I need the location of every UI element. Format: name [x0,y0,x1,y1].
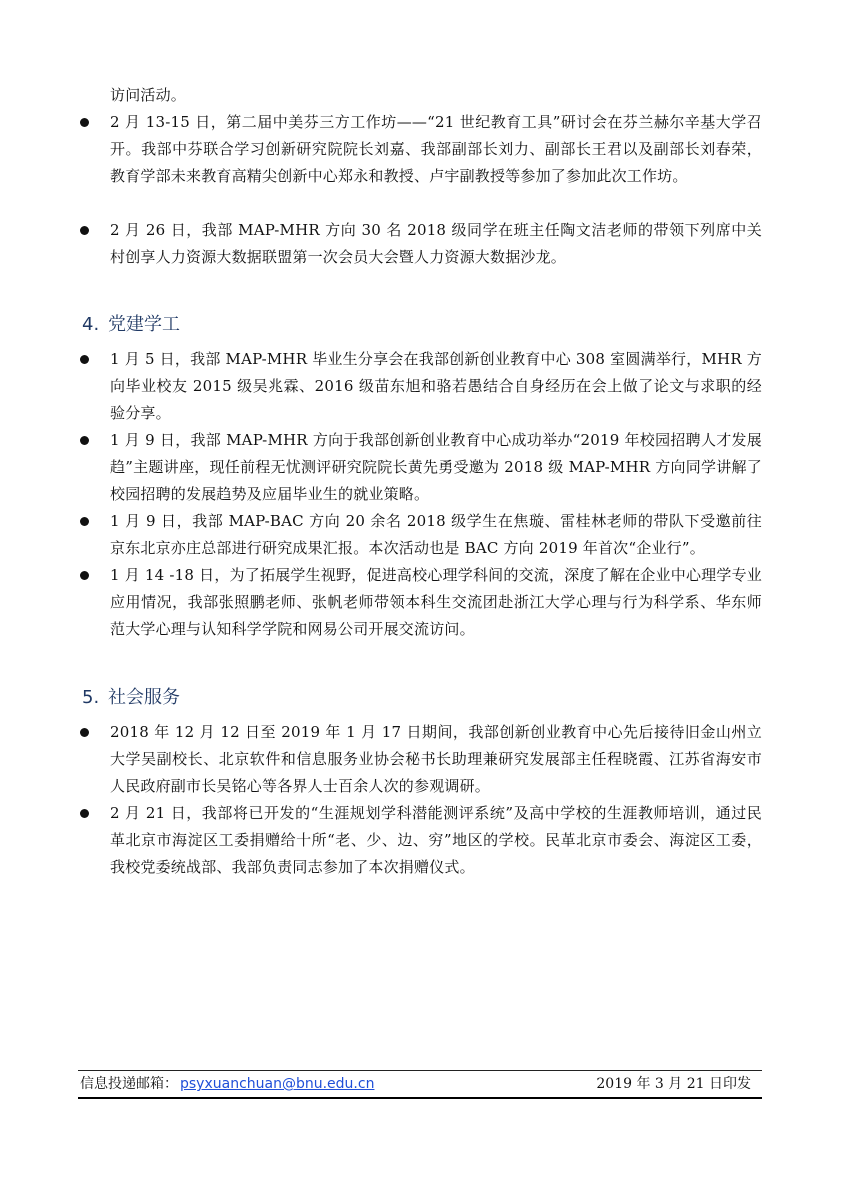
section-number: 4. [82,313,108,337]
bullet-icon [80,436,89,445]
list-item: 1 月 9 日，我部 MAP-BAC 方向 20 余名 2018 级学生在焦璇、… [80,508,762,562]
list-item: 2 月 21 日，我部将已开发的“生涯规划学科潜能测评系统”及高中学校的生涯教师… [80,800,762,881]
list-item: 1 月 14 -18 日，为了拓展学生视野，促进高校心理学科间的交流，深度了解在… [80,562,762,643]
list-item-text: 2 月 21 日，我部将已开发的“生涯规划学科潜能测评系统”及高中学校的生涯教师… [110,800,762,881]
list-item: 1 月 5 日，我部 MAP-MHR 毕业生分享会在我部创新创业教育中心 308… [80,346,762,427]
document-page: 访问活动。 2 月 13-15 日，第二届中美芬三方工作坊——“21 世纪教育工… [0,0,843,1192]
list-item-text: 1 月 9 日，我部 MAP-BAC 方向 20 余名 2018 级学生在焦璇、… [110,508,762,562]
list-item: 2 月 13-15 日，第二届中美芬三方工作坊——“21 世纪教育工具”研讨会在… [80,109,762,190]
issue-date: 2019 年 3 月 21 日印发 [596,1074,751,1094]
bullet-icon [80,517,89,526]
list-item: 1 月 9 日，我部 MAP-MHR 方向于我部创新创业教育中心成功举办“201… [80,427,762,508]
bullet-icon [80,355,89,364]
list-item-text: 2018 年 12 月 12 日至 2019 年 1 月 17 日期间，我部创新… [110,719,762,800]
list-item-text: 1 月 9 日，我部 MAP-MHR 方向于我部创新创业教育中心成功举办“201… [110,427,762,508]
footer-divider-thin [78,1070,762,1071]
bullet-icon [80,809,89,818]
section-heading-party-building: 4.党建学工 [82,313,180,337]
section-title: 党建学工 [108,314,180,335]
section-heading-social-service: 5.社会服务 [82,686,180,710]
list-item-text: 2 月 26 日，我部 MAP-MHR 方向 30 名 2018 级同学在班主任… [110,217,762,271]
section-number: 5. [82,686,108,710]
footer-email: 信息投递邮箱：psyxuanchuan@bnu.edu.cn [80,1074,374,1094]
bullet-icon [80,226,89,235]
section-title: 社会服务 [108,687,180,708]
list-item: 2 月 26 日，我部 MAP-MHR 方向 30 名 2018 级同学在班主任… [80,217,762,271]
email-link[interactable]: psyxuanchuan@bnu.edu.cn [180,1076,374,1092]
list-item-text: 1 月 14 -18 日，为了拓展学生视野，促进高校心理学科间的交流，深度了解在… [110,562,762,643]
bullet-icon [80,118,89,127]
footer-divider-thick [78,1097,762,1099]
list-item: 2018 年 12 月 12 日至 2019 年 1 月 17 日期间，我部创新… [80,719,762,800]
list-item-text: 1 月 5 日，我部 MAP-MHR 毕业生分享会在我部创新创业教育中心 308… [110,346,762,427]
list-item-text: 2 月 13-15 日，第二届中美芬三方工作坊——“21 世纪教育工具”研讨会在… [110,109,762,190]
email-label: 信息投递邮箱： [80,1076,178,1092]
bullet-icon [80,571,89,580]
continuation-paragraph: 访问活动。 [110,82,762,109]
bullet-icon [80,728,89,737]
